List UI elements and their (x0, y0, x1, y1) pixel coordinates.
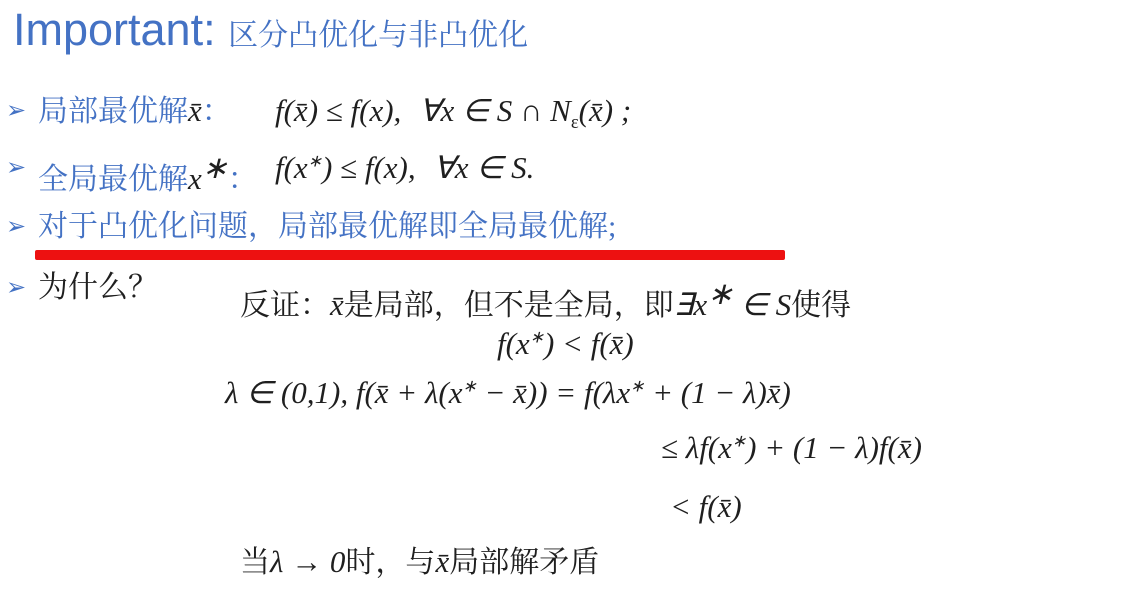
local-optimum-formula: f(x̄) ≤ f(x),∀x ∈ S ∩ Nε(x̄) ; (275, 90, 631, 132)
bullet-global-optimum: ➢ 全局最优解x∗： f(x∗) ≤ f(x),∀x ∈ S. (6, 147, 534, 201)
title-chinese: 区分凸优化与非凸优化 (228, 19, 528, 52)
global-optimum-formula: f(x∗) ≤ f(x),∀x ∈ S. (275, 147, 534, 189)
title-english: Important: (13, 4, 228, 55)
bullet-arrow-icon: ➢ (6, 90, 38, 130)
bullet-why: ➢ 为什么？ (6, 267, 158, 309)
bullet-arrow-icon: ➢ (6, 147, 38, 187)
bullet-arrow-icon: ➢ (6, 206, 38, 246)
slide: { "slide": { "title_en": "Important: ", … (0, 0, 1135, 598)
proof-line-3: ≤ λf(x∗) + (1 − λ)f(x̄) (661, 427, 922, 469)
why-question-text: 为什么？ (38, 267, 158, 309)
convex-statement-text: 对于凸优化问题，局部最优解即全局最优解; (38, 206, 616, 248)
bullet-local-optimum: ➢ 局部最优解x̄： f(x̄) ≤ f(x),∀x ∈ S ∩ Nε(x̄) … (6, 90, 631, 133)
bullet-arrow-icon: ➢ (6, 267, 38, 307)
proof-line-4: < f(x̄) (670, 486, 742, 528)
page-title: Important: 区分凸优化与非凸优化 (13, 2, 528, 58)
proof-line-1: f(x∗) < f(x̄) (497, 323, 634, 365)
red-emphasis-underline (35, 250, 785, 260)
global-optimum-label: 全局最优解x∗： (38, 147, 275, 201)
proof-line-2: λ ∈ (0,1), f(x̄ + λ(x∗ − x̄)) = f(λx∗ + … (225, 372, 791, 414)
proof-intro-line: 反证：x̄是局部，但不是全局，即∃x∗ ∈ S使得 (240, 273, 851, 327)
local-optimum-label: 局部最优解x̄： (38, 90, 275, 133)
bullet-convex-statement: ➢ 对于凸优化问题，局部最优解即全局最优解; (6, 206, 616, 248)
proof-conclusion-line: 当λ → 0时，与x̄局部解矛盾 (240, 541, 599, 584)
